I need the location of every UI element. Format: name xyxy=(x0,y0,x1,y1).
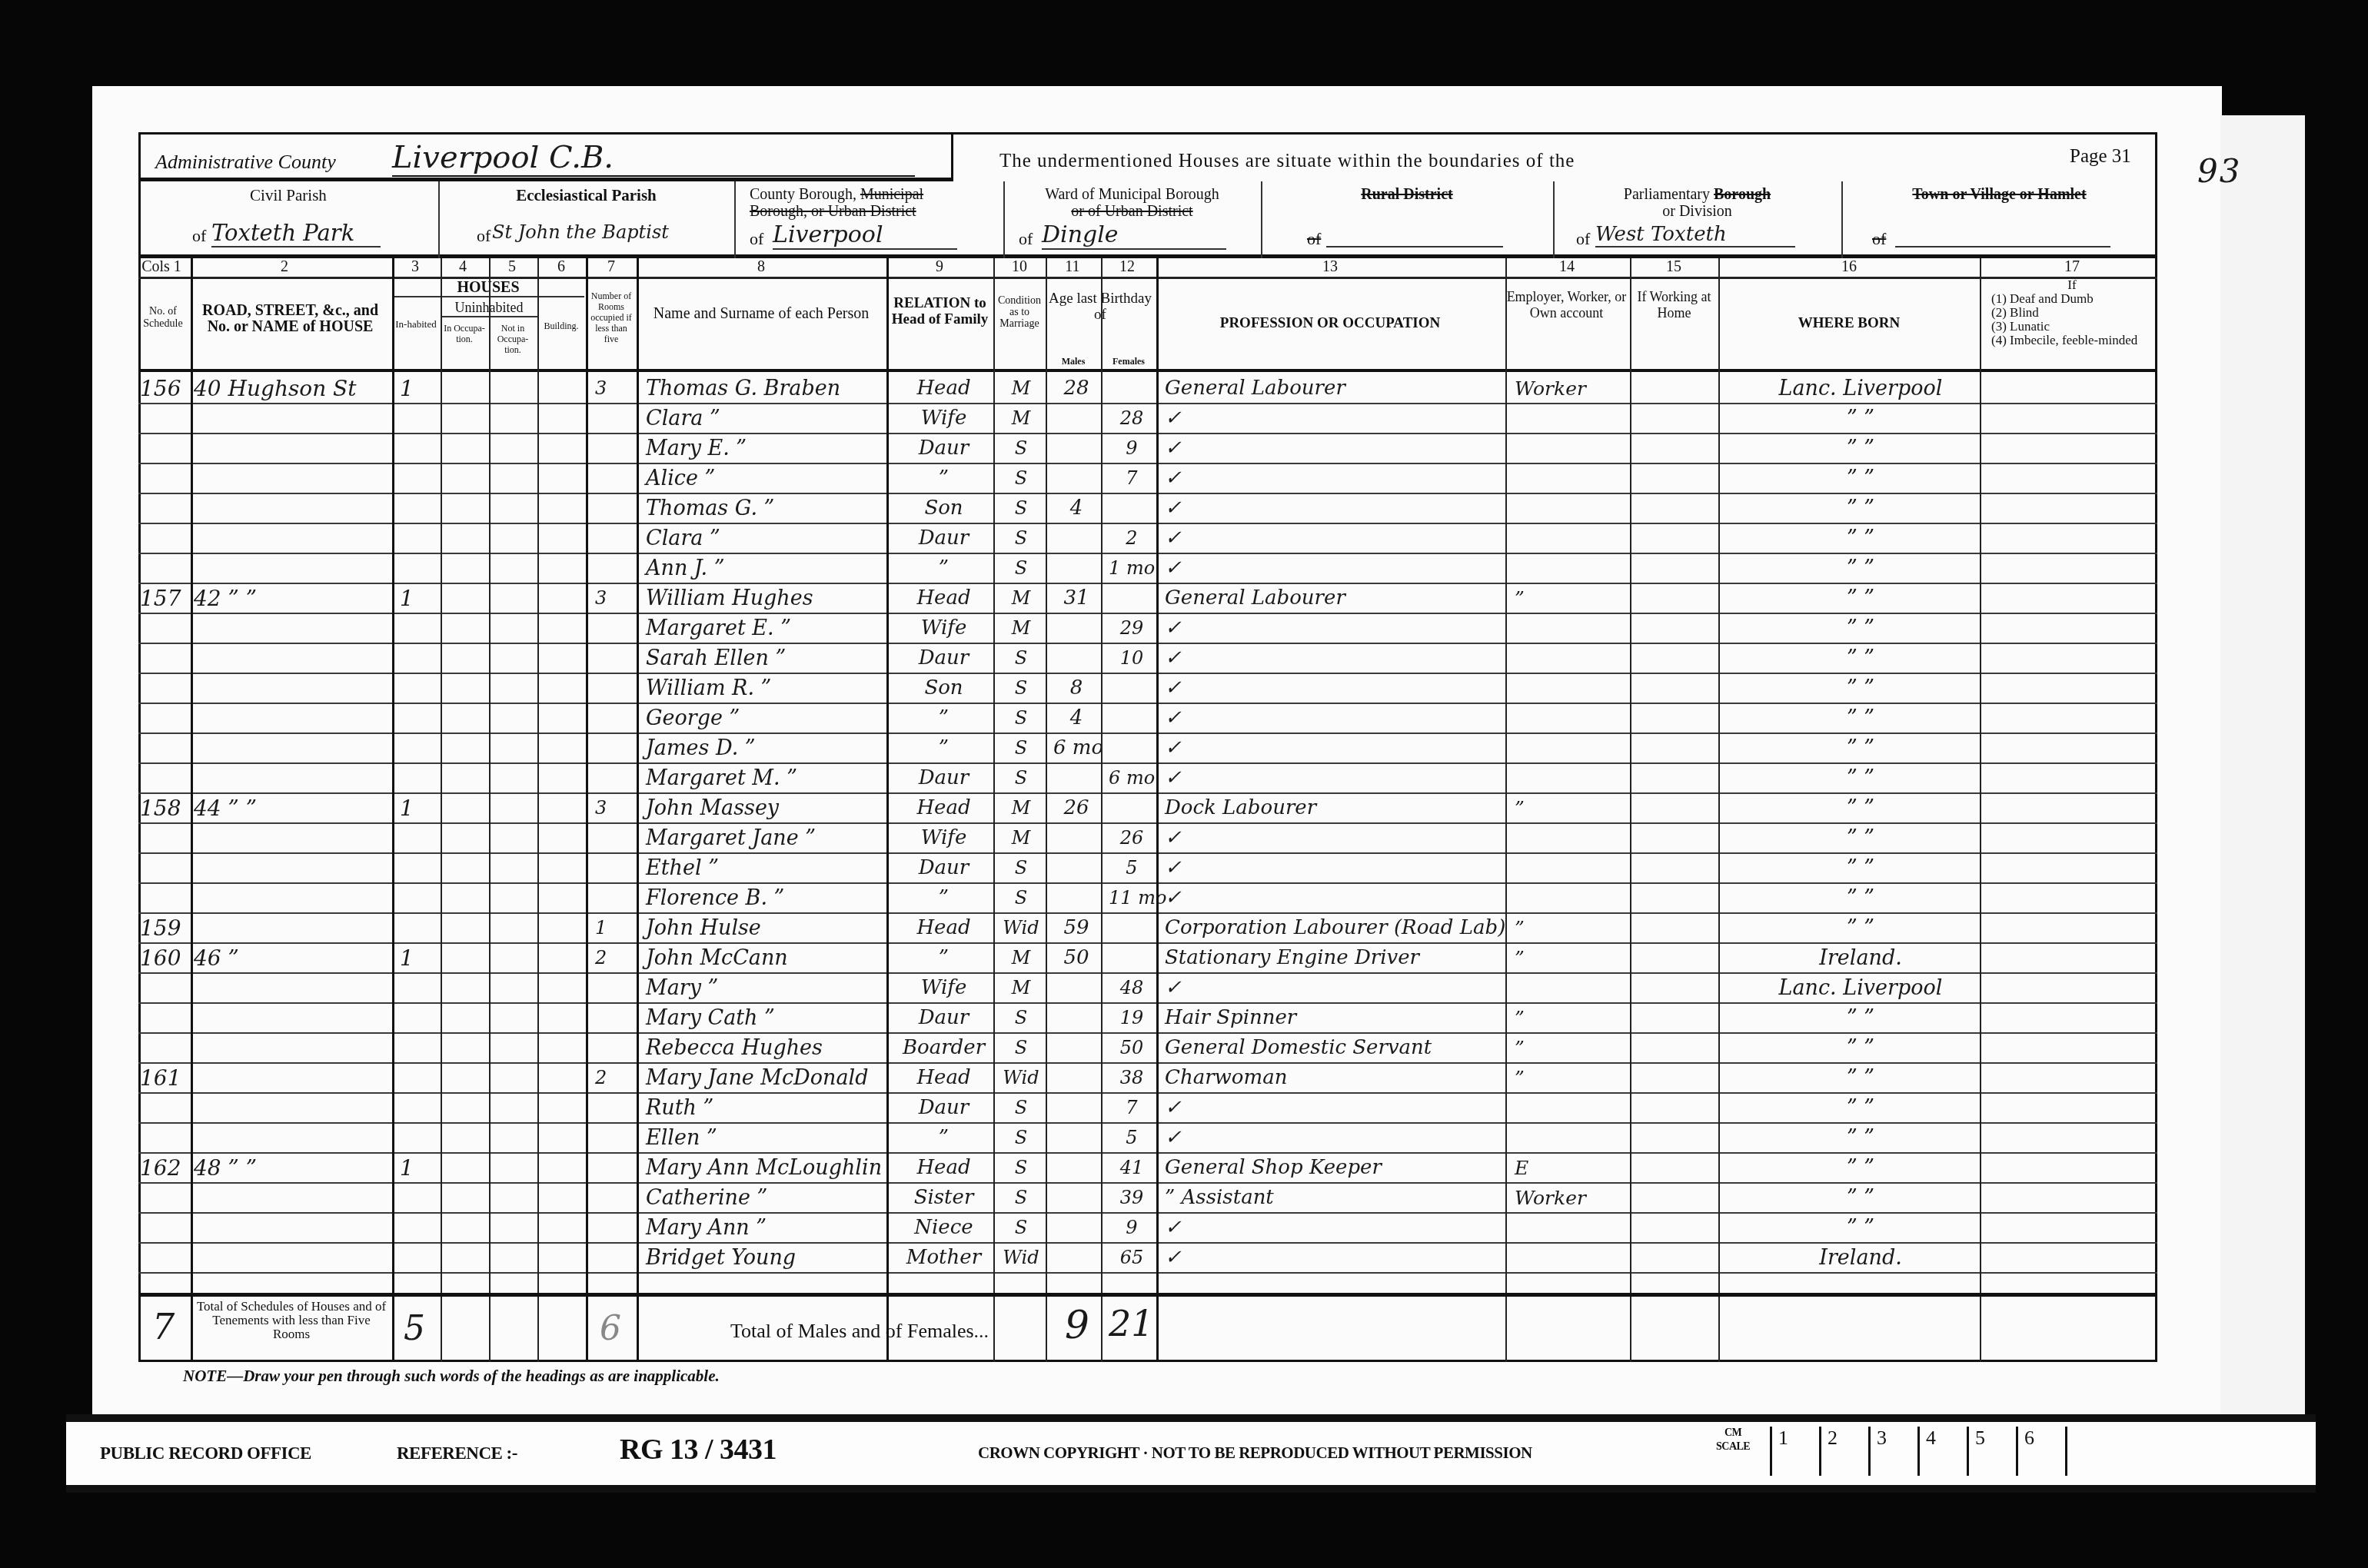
cell-female-age xyxy=(1109,793,1155,823)
cell-name: Mary Ann McLoughlin xyxy=(646,1153,888,1183)
cell-schedule xyxy=(140,853,188,883)
cell-infirmity xyxy=(1991,883,2145,913)
cell-address xyxy=(194,913,390,943)
cell-inhabited xyxy=(400,643,431,673)
cell-condition: M xyxy=(998,823,1044,853)
cell-infirmity xyxy=(1991,1153,2145,1183)
cell-schedule xyxy=(140,1093,188,1123)
column-number: Cols 1 xyxy=(138,258,185,276)
cell-female-age xyxy=(1109,673,1155,703)
cell-female-age: 2 xyxy=(1109,523,1155,553)
cell-occupation: ✓ xyxy=(1165,1213,1503,1243)
cell-home xyxy=(1638,763,1714,793)
cell-address xyxy=(194,763,390,793)
cell-employer xyxy=(1515,973,1622,1003)
cell-rooms: 3 xyxy=(595,374,626,404)
of-label: of xyxy=(1576,229,1590,249)
cell-employer xyxy=(1515,434,1622,463)
scale-mark: 1 xyxy=(1770,1427,1814,1476)
cell-schedule xyxy=(140,1243,188,1273)
cell-condition: S xyxy=(998,1183,1044,1213)
cell-home xyxy=(1638,404,1714,434)
cell-name: Alice ” xyxy=(646,463,888,493)
cell-schedule xyxy=(140,1183,188,1213)
cell-schedule: 160 xyxy=(140,943,188,973)
cell-female-age: 29 xyxy=(1109,613,1155,643)
cell-inhabited xyxy=(400,973,431,1003)
column-number: 2 xyxy=(261,258,308,276)
cell-relation: Wife xyxy=(896,973,992,1003)
cell-inhabited xyxy=(400,1003,431,1033)
cell-relation: Wife xyxy=(896,404,992,434)
occupation-heading: PROFESSION OR OCCUPATION xyxy=(1157,315,1503,331)
ward-field: Ward of Municipal Borough or of Urban Di… xyxy=(1003,181,1262,258)
cell-born: ” ” xyxy=(1745,883,1976,913)
cell-employer xyxy=(1515,823,1622,853)
cell-condition: S xyxy=(998,1153,1044,1183)
cell-male-age xyxy=(1053,1003,1099,1033)
intro-text: The undermentioned Houses are situate wi… xyxy=(999,151,1575,172)
column-rule xyxy=(586,258,588,1362)
cell-male-age xyxy=(1053,643,1099,673)
males-total: 9 xyxy=(1065,1303,1089,1347)
houses-total: 5 xyxy=(404,1309,425,1348)
page-label: Page 31 xyxy=(2070,146,2131,168)
cell-inhabited: 1 xyxy=(400,374,431,404)
cell-home xyxy=(1638,1183,1714,1213)
scale-mark: 5 xyxy=(1967,1427,2011,1476)
column-rule xyxy=(1046,258,1047,1362)
cell-born: ” ” xyxy=(1745,1183,1976,1213)
cell-inhabited xyxy=(400,613,431,643)
cell-employer: E xyxy=(1515,1153,1622,1183)
cell-relation: Head xyxy=(896,1063,992,1093)
cell-male-age xyxy=(1053,1093,1099,1123)
cell-schedule: 156 xyxy=(140,374,188,404)
cell-schedule xyxy=(140,493,188,523)
cell-rooms xyxy=(595,463,626,493)
cell-home xyxy=(1638,1003,1714,1033)
admin-county-box: Administrative County Liverpool C.B. xyxy=(138,132,953,181)
cell-rooms xyxy=(595,643,626,673)
cell-name: James D. ” xyxy=(646,733,888,763)
cell-name: Ann J. ” xyxy=(646,553,888,583)
parliamentary-label-struck: Borough xyxy=(1714,186,1771,203)
cell-male-age: 31 xyxy=(1053,583,1099,613)
column-rule xyxy=(441,258,442,1362)
cell-born: ” ” xyxy=(1745,703,1976,733)
scale-end xyxy=(2065,1427,2110,1476)
cell-home xyxy=(1638,943,1714,973)
cell-male-age xyxy=(1053,883,1099,913)
cell-employer: ” xyxy=(1515,1063,1622,1093)
cell-relation: ” xyxy=(896,703,992,733)
civil-parish-field: Civil Parish of Toxteth Park xyxy=(138,181,440,258)
cell-schedule xyxy=(140,1213,188,1243)
cell-schedule xyxy=(140,553,188,583)
column-number: 9 xyxy=(916,258,963,276)
cell-female-age: 5 xyxy=(1109,853,1155,883)
cell-address: 42 ” ” xyxy=(194,583,390,613)
cell-female-age xyxy=(1109,913,1155,943)
cell-male-age: 4 xyxy=(1053,703,1099,733)
county-borough-label-struck-b: Borough, or Urban District xyxy=(750,203,916,220)
cell-address: 48 ” ” xyxy=(194,1153,390,1183)
cell-relation: ” xyxy=(896,733,992,763)
cell-rooms xyxy=(595,703,626,733)
cell-relation: Head xyxy=(896,583,992,613)
cell-condition: S xyxy=(998,434,1044,463)
cell-female-age: 5 xyxy=(1109,1123,1155,1153)
cell-rooms xyxy=(595,853,626,883)
cell-name: Mary E. ” xyxy=(646,434,888,463)
cell-male-age xyxy=(1053,1243,1099,1273)
cell-home xyxy=(1638,1243,1714,1273)
cell-name: Margaret M. ” xyxy=(646,763,888,793)
cell-name: Mary Cath ” xyxy=(646,1003,888,1033)
age-heading: Age last Birthday of xyxy=(1046,291,1155,323)
cell-inhabited xyxy=(400,883,431,913)
column-number: 8 xyxy=(738,258,784,276)
cell-infirmity xyxy=(1991,1063,2145,1093)
cell-condition: S xyxy=(998,1093,1044,1123)
cell-male-age xyxy=(1053,1183,1099,1213)
road-heading: ROAD, STREET, &c., and No. or NAME of HO… xyxy=(192,303,388,335)
cell-employer: Worker xyxy=(1515,1183,1622,1213)
cell-infirmity xyxy=(1991,733,2145,763)
cell-female-age xyxy=(1109,583,1155,613)
cell-born: ” ” xyxy=(1745,523,1976,553)
column-number: 11 xyxy=(1049,258,1096,276)
boundaries-row: Civil Parish of Toxteth Park Ecclesiasti… xyxy=(138,181,2157,258)
county-borough-label-a: County Borough, xyxy=(750,186,856,203)
cell-rooms xyxy=(595,673,626,703)
cell-occupation: ✓ xyxy=(1165,853,1503,883)
cell-infirmity xyxy=(1991,1033,2145,1063)
cell-employer xyxy=(1515,703,1622,733)
cell-male-age xyxy=(1053,823,1099,853)
cell-infirmity xyxy=(1991,523,2145,553)
cell-name: Mary Ann ” xyxy=(646,1213,888,1243)
cell-infirmity xyxy=(1991,943,2145,973)
cell-schedule xyxy=(140,434,188,463)
cell-relation: Wife xyxy=(896,823,992,853)
cell-home xyxy=(1638,463,1714,493)
cell-name: Ruth ” xyxy=(646,1093,888,1123)
cell-relation: Boarder xyxy=(896,1033,992,1063)
cell-employer: ” xyxy=(1515,1033,1622,1063)
cell-female-age: 11 mo xyxy=(1109,883,1155,913)
of-label: of xyxy=(477,226,491,246)
cell-home xyxy=(1638,1213,1714,1243)
cell-inhabited xyxy=(400,823,431,853)
parliamentary-field: Parliamentary Borough or Division of Wes… xyxy=(1553,181,1843,258)
cell-infirmity xyxy=(1991,404,2145,434)
column-number: 7 xyxy=(588,258,634,276)
cell-born: ” ” xyxy=(1745,463,1976,493)
cell-employer xyxy=(1515,1213,1622,1243)
cell-schedule xyxy=(140,733,188,763)
cell-rooms xyxy=(595,434,626,463)
cell-employer xyxy=(1515,404,1622,434)
cell-female-age: 9 xyxy=(1109,434,1155,463)
cell-male-age xyxy=(1053,1033,1099,1063)
cell-address xyxy=(194,1243,390,1273)
cell-male-age xyxy=(1053,404,1099,434)
rural-district-value xyxy=(1326,246,1503,247)
cell-schedule xyxy=(140,523,188,553)
cell-male-age: 4 xyxy=(1053,493,1099,523)
cell-born: Lanc. Liverpool xyxy=(1745,973,1976,1003)
cell-condition: S xyxy=(998,523,1044,553)
cell-occupation: ✓ xyxy=(1165,463,1503,493)
cell-occupation: ✓ xyxy=(1165,434,1503,463)
cell-born: ” ” xyxy=(1745,434,1976,463)
cell-condition: M xyxy=(998,943,1044,973)
cell-male-age xyxy=(1053,553,1099,583)
cell-inhabited xyxy=(400,1213,431,1243)
cell-male-age xyxy=(1053,463,1099,493)
cell-condition: S xyxy=(998,643,1044,673)
schedules-total: 7 xyxy=(152,1306,175,1347)
cell-infirmity xyxy=(1991,1213,2145,1243)
column-number: 3 xyxy=(392,258,438,276)
cell-name: Margaret E. ” xyxy=(646,613,888,643)
cell-home xyxy=(1638,793,1714,823)
cell-occupation: ✓ xyxy=(1165,643,1503,673)
cell-home xyxy=(1638,1033,1714,1063)
females-heading: Females xyxy=(1101,354,1156,370)
in-occupation-heading: In Occupa-tion. xyxy=(441,323,488,344)
cell-inhabited xyxy=(400,553,431,583)
cell-home xyxy=(1638,523,1714,553)
folio-number: 93 xyxy=(2197,152,2241,190)
page-edge xyxy=(2220,115,2305,1414)
cell-relation: Head xyxy=(896,1153,992,1183)
cell-infirmity xyxy=(1991,703,2145,733)
cell-rooms xyxy=(595,1213,626,1243)
cell-employer: ” xyxy=(1515,793,1622,823)
county-borough-value: Liverpool xyxy=(773,221,957,250)
parliamentary-label-a: Parliamentary xyxy=(1624,186,1710,203)
column-rule xyxy=(1505,258,1507,1362)
cell-occupation: Dock Labourer xyxy=(1165,793,1503,823)
cell-home xyxy=(1638,1123,1714,1153)
cell-rooms xyxy=(595,823,626,853)
cell-inhabited: 1 xyxy=(400,1153,431,1183)
infirmity-if: If xyxy=(1991,278,2153,292)
cell-rooms: 3 xyxy=(595,793,626,823)
cell-employer xyxy=(1515,553,1622,583)
cell-infirmity xyxy=(1991,1003,2145,1033)
cell-address xyxy=(194,434,390,463)
cell-inhabited xyxy=(400,1093,431,1123)
of-label: of xyxy=(192,226,206,246)
cell-inhabited: 1 xyxy=(400,793,431,823)
cell-employer xyxy=(1515,763,1622,793)
town-field: Town or Village or Hamlet of xyxy=(1841,181,2157,258)
cell-occupation: General Domestic Servant xyxy=(1165,1033,1503,1063)
cell-female-age: 28 xyxy=(1109,404,1155,434)
cell-male-age xyxy=(1053,1213,1099,1243)
rooms-heading: Number of Rooms occupied if less than fi… xyxy=(587,291,635,344)
cell-rooms: 2 xyxy=(595,943,626,973)
cell-condition: S xyxy=(998,883,1044,913)
column-number: 10 xyxy=(996,258,1043,276)
cell-male-age: 26 xyxy=(1053,793,1099,823)
cell-schedule: 157 xyxy=(140,583,188,613)
cell-home xyxy=(1638,553,1714,583)
column-number: 17 xyxy=(2049,258,2095,276)
cell-occupation: ✓ xyxy=(1165,523,1503,553)
ward-label: Ward of Municipal Borough or of Urban Di… xyxy=(1003,186,1261,220)
cell-inhabited xyxy=(400,733,431,763)
ward-label-struck: or of Urban District xyxy=(1071,203,1192,220)
cell-condition: S xyxy=(998,733,1044,763)
cell-born: Ireland. xyxy=(1745,1243,1976,1273)
cell-rooms xyxy=(595,1033,626,1063)
cell-condition: S xyxy=(998,673,1044,703)
inhabited-heading: In-habited xyxy=(392,318,440,330)
cell-home xyxy=(1638,434,1714,463)
office-label: PUBLIC RECORD OFFICE xyxy=(100,1443,311,1463)
ward-label-a: Ward of Municipal Borough xyxy=(1045,186,1219,203)
cell-occupation: ✓ xyxy=(1165,1123,1503,1153)
cell-occupation: Stationary Engine Driver xyxy=(1165,943,1503,973)
admin-county-label: Administrative County xyxy=(155,151,336,174)
cell-name: Ellen ” xyxy=(646,1123,888,1153)
scale-mark: 3 xyxy=(1868,1427,1913,1476)
cell-name: Florence B. ” xyxy=(646,883,888,913)
cell-address xyxy=(194,1123,390,1153)
cell-rooms xyxy=(595,883,626,913)
cell-condition: S xyxy=(998,703,1044,733)
cell-schedule: 159 xyxy=(140,913,188,943)
cell-address: 46 ” xyxy=(194,943,390,973)
cell-rooms: 2 xyxy=(595,1063,626,1093)
cell-occupation: ✓ xyxy=(1165,404,1503,434)
cell-infirmity xyxy=(1991,973,2145,1003)
cell-infirmity xyxy=(1991,1093,2145,1123)
cell-occupation: Hair Spinner xyxy=(1165,1003,1503,1033)
cell-female-age: 7 xyxy=(1109,1093,1155,1123)
cell-male-age xyxy=(1053,1123,1099,1153)
cell-address xyxy=(194,404,390,434)
cell-male-age xyxy=(1053,434,1099,463)
not-in-occupation-heading: Not in Occupa-tion. xyxy=(489,323,537,355)
scale-mark: 4 xyxy=(1917,1427,1962,1476)
cell-home xyxy=(1638,643,1714,673)
cell-inhabited xyxy=(400,493,431,523)
cell-name: Clara ” xyxy=(646,404,888,434)
cell-born: ” ” xyxy=(1745,553,1976,583)
males-heading: Males xyxy=(1046,354,1101,370)
cell-relation: Wife xyxy=(896,613,992,643)
cell-inhabited xyxy=(400,523,431,553)
cell-male-age: 50 xyxy=(1053,943,1099,973)
cell-schedule: 158 xyxy=(140,793,188,823)
cell-name: George ” xyxy=(646,703,888,733)
civil-parish-label: Civil Parish xyxy=(138,186,438,205)
scale-label: CM SCALE xyxy=(1716,1427,1750,1454)
cell-born: ” ” xyxy=(1745,643,1976,673)
cell-inhabited: 1 xyxy=(400,943,431,973)
cell-address xyxy=(194,1183,390,1213)
cell-schedule xyxy=(140,1033,188,1063)
cell-occupation: ✓ xyxy=(1165,733,1503,763)
cell-address xyxy=(194,703,390,733)
cell-rooms xyxy=(595,1153,626,1183)
cell-rooms xyxy=(595,763,626,793)
cell-name: Margaret Jane ” xyxy=(646,823,888,853)
cell-rooms xyxy=(595,1093,626,1123)
cell-born: ” ” xyxy=(1745,823,1976,853)
totals-row: 7 Total of Schedules of Houses and of Te… xyxy=(138,1293,2157,1362)
cell-employer xyxy=(1515,733,1622,763)
cell-condition: M xyxy=(998,583,1044,613)
cell-condition: S xyxy=(998,1003,1044,1033)
cell-infirmity xyxy=(1991,643,2145,673)
cell-relation: Daur xyxy=(896,434,992,463)
cell-occupation: ✓ xyxy=(1165,703,1503,733)
ward-value: Dingle xyxy=(1042,221,1226,250)
cell-female-age: 7 xyxy=(1109,463,1155,493)
cell-female-age xyxy=(1109,493,1155,523)
ecclesiastical-parish-label: Ecclesiastical Parish xyxy=(438,186,734,205)
admin-county-value: Liverpool C.B. xyxy=(392,140,915,177)
cell-schedule xyxy=(140,823,188,853)
cell-employer: ” xyxy=(1515,583,1622,613)
cell-infirmity xyxy=(1991,853,2145,883)
cell-employer: ” xyxy=(1515,943,1622,973)
females-total: 21 xyxy=(1109,1303,1154,1344)
cell-male-age xyxy=(1053,523,1099,553)
cell-female-age: 26 xyxy=(1109,823,1155,853)
cell-address xyxy=(194,973,390,1003)
cell-condition: S xyxy=(998,1213,1044,1243)
cell-infirmity xyxy=(1991,673,2145,703)
reference-label: REFERENCE :- xyxy=(397,1443,517,1463)
cell-inhabited xyxy=(400,404,431,434)
cell-condition: M xyxy=(998,613,1044,643)
cell-name: William Hughes xyxy=(646,583,888,613)
cell-rooms xyxy=(595,1243,626,1273)
rural-district-label: Rural District xyxy=(1261,186,1553,204)
infirmity-1: (1) Deaf and Dumb xyxy=(1991,292,2153,306)
town-value xyxy=(1895,246,2110,247)
column-number: 12 xyxy=(1104,258,1150,276)
cell-name: Rebecca Hughes xyxy=(646,1033,888,1063)
cell-address: 44 ” ” xyxy=(194,793,390,823)
cell-condition: S xyxy=(998,553,1044,583)
county-borough-label: County Borough, Municipal Borough, or Ur… xyxy=(750,186,923,220)
column-rule xyxy=(1101,258,1103,1362)
column-number: 4 xyxy=(440,258,486,276)
scale-mark: 6 xyxy=(2016,1427,2060,1476)
scale-mark: 2 xyxy=(1819,1427,1864,1476)
cell-female-age: 1 mo xyxy=(1109,553,1155,583)
cell-employer xyxy=(1515,523,1622,553)
cell-inhabited: 1 xyxy=(400,583,431,613)
cell-relation: ” xyxy=(896,943,992,973)
cell-relation: ” xyxy=(896,883,992,913)
cell-born: ” ” xyxy=(1745,404,1976,434)
cell-female-age xyxy=(1109,374,1155,404)
cell-address xyxy=(194,1003,390,1033)
cell-home xyxy=(1638,1153,1714,1183)
cell-occupation: General Shop Keeper xyxy=(1165,1153,1503,1183)
cell-employer xyxy=(1515,613,1622,643)
